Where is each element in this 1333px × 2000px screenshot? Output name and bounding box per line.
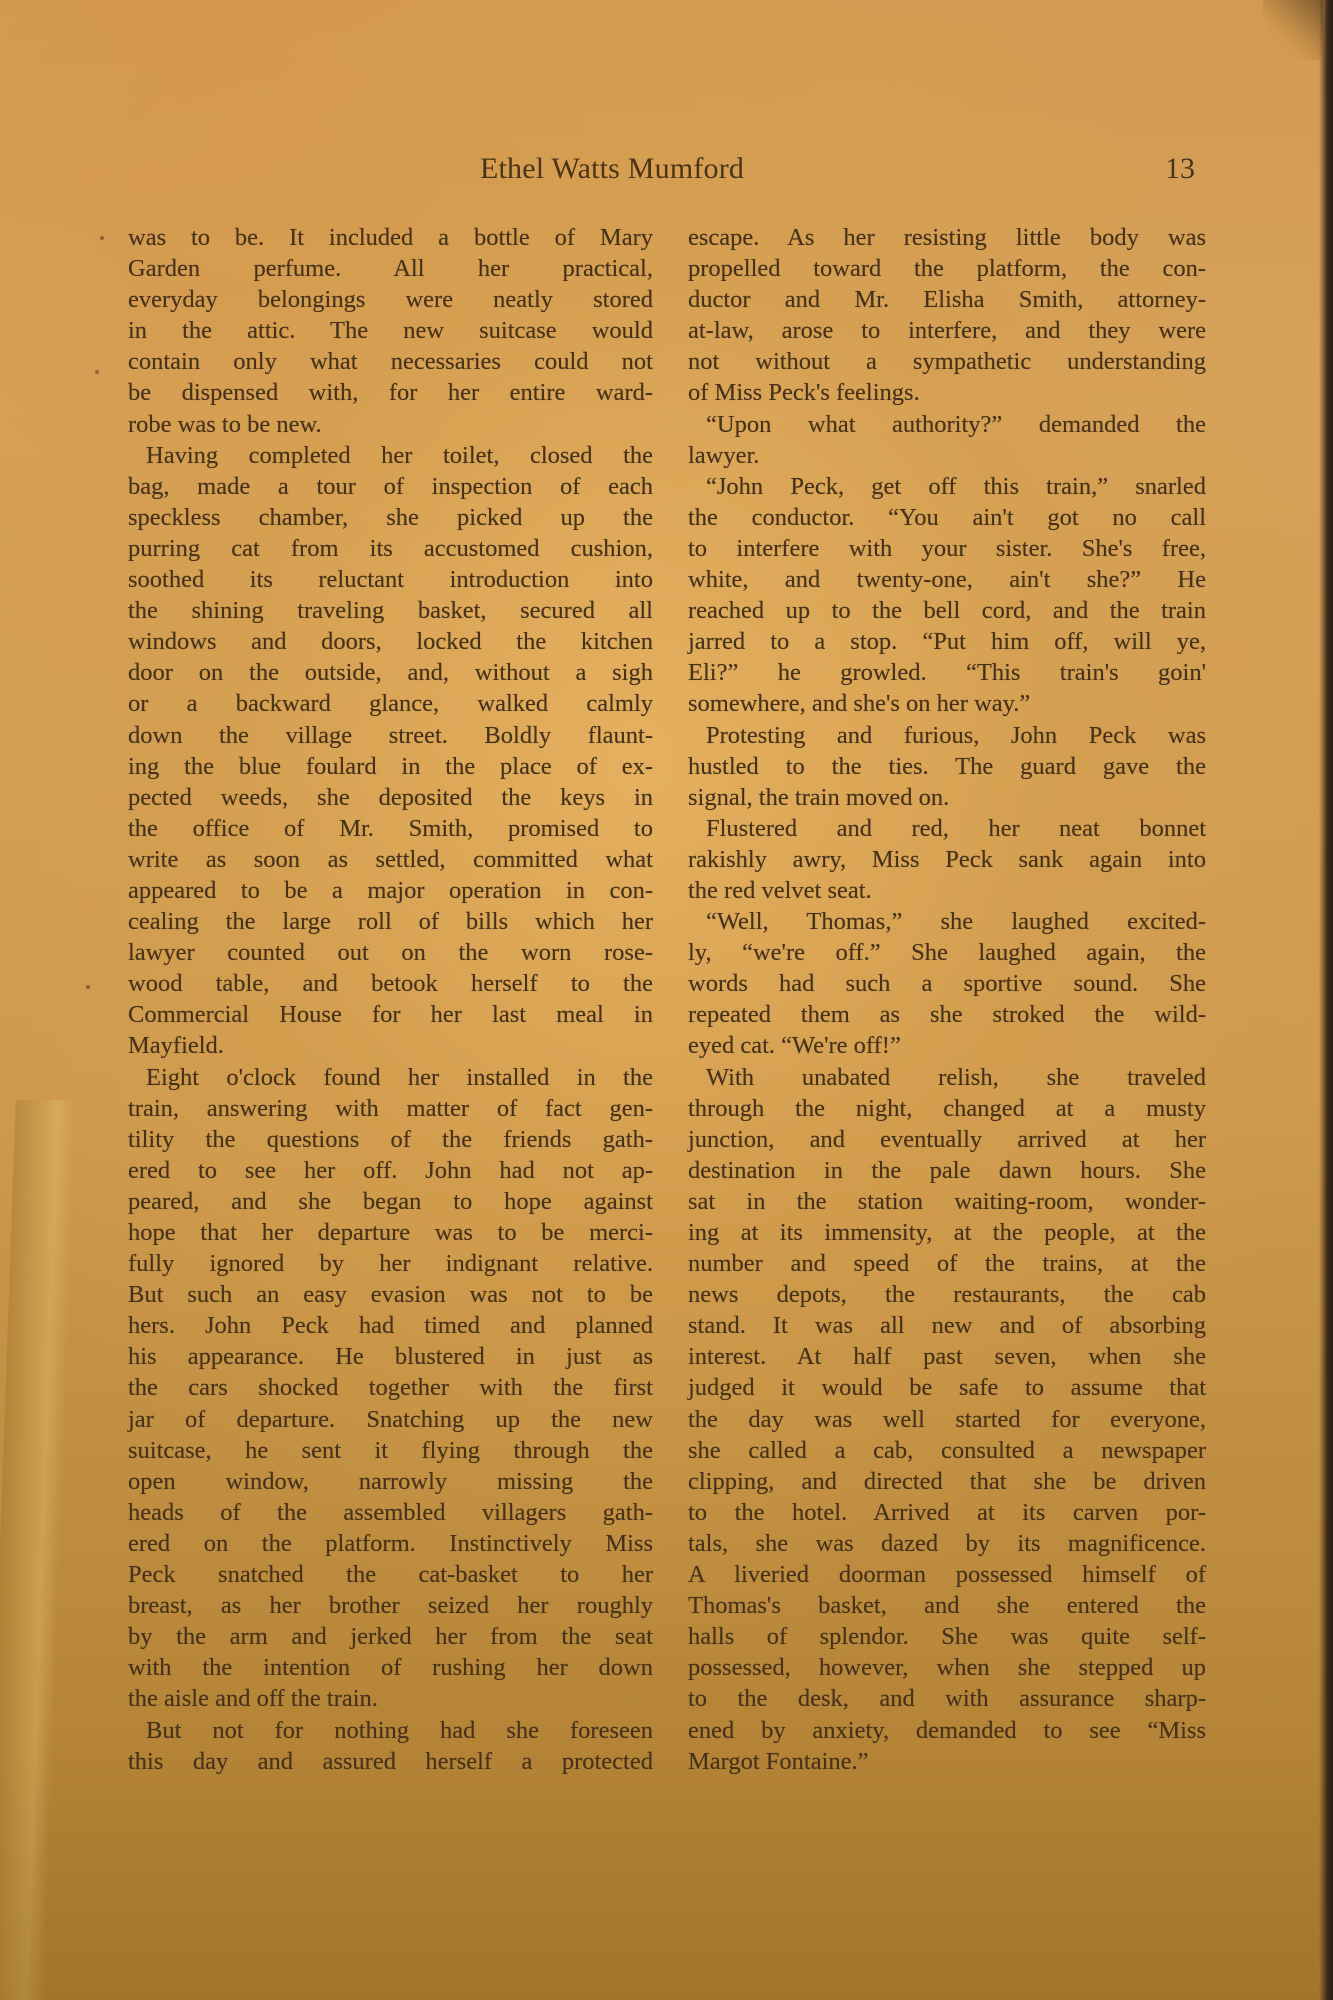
text-line: speckless chamber, she picked up the — [128, 502, 653, 533]
text-line: news depots, the restaurants, the cab — [688, 1279, 1206, 1310]
text-line: by the arm and jerked her from the seat — [128, 1621, 653, 1652]
text-line: windows and doors, locked the kitchen — [128, 626, 653, 657]
text-line: eyed cat. “We're off!” — [688, 1030, 1206, 1061]
text-line: ered to see her off. John had not ap- — [128, 1155, 653, 1186]
text-line: Thomas's basket, and she entered the — [688, 1590, 1206, 1621]
text-line: sat in the station waiting-room, wonder- — [688, 1186, 1206, 1217]
text-line: appeared to be a major operation in con- — [128, 875, 653, 906]
text-line: jar of departure. Snatching up the new — [128, 1404, 653, 1435]
text-line: heads of the assembled villagers gath- — [128, 1497, 653, 1528]
text-line: the day was well started for everyone, — [688, 1404, 1206, 1435]
text-line: “John Peck, get off this train,” snarled — [688, 471, 1206, 502]
text-line: pected weeds, she deposited the keys in — [128, 782, 653, 813]
text-line: white, and twenty-one, ain't she?” He — [688, 564, 1206, 595]
text-line: cealing the large roll of bills which he… — [128, 906, 653, 937]
text-line: possessed, however, when she stepped up — [688, 1652, 1206, 1683]
text-line: interest. At half past seven, when she — [688, 1341, 1206, 1372]
text-line: not without a sympathetic understanding — [688, 346, 1206, 377]
book-spine-edge — [1319, 0, 1333, 2000]
text-line: ing at its immensity, at the people, at … — [688, 1217, 1206, 1248]
text-line: open window, narrowly missing the — [128, 1466, 653, 1497]
text-line: this day and assured herself a protected — [128, 1746, 653, 1777]
text-line: propelled toward the platform, the con- — [688, 253, 1206, 284]
text-column-right: escape. As her resisting little body was… — [688, 222, 1206, 1777]
text-line: his appearance. He blustered in just as — [128, 1341, 653, 1372]
running-head-title: Ethel Watts Mumford — [480, 152, 744, 186]
text-line: number and speed of the trains, at the — [688, 1248, 1206, 1279]
text-line: Margot Fontaine.” — [688, 1746, 1206, 1777]
text-line: repeated them as she stroked the wild- — [688, 999, 1206, 1030]
text-line: she called a cab, consulted a newspaper — [688, 1435, 1206, 1466]
text-line: lawyer. — [688, 440, 1206, 471]
text-line: at-law, arose to interfere, and they wer… — [688, 315, 1206, 346]
page-bottom-shading — [0, 1740, 1333, 2000]
text-line: hustled to the ties. The guard gave the — [688, 751, 1206, 782]
text-line: Flustered and red, her neat bonnet — [688, 813, 1206, 844]
text-line: the red velvet seat. — [688, 875, 1206, 906]
text-line: to the desk, and with assurance sharp- — [688, 1683, 1206, 1714]
text-line: wood table, and betook herself to the — [128, 968, 653, 999]
book-page: Ethel Watts Mumford 13 was to be. It inc… — [0, 0, 1333, 2000]
text-line: Peck snatched the cat-basket to her — [128, 1559, 653, 1590]
paper-speck — [100, 236, 104, 240]
text-line: escape. As her resisting little body was — [688, 222, 1206, 253]
paper-speck — [95, 370, 99, 374]
text-line: ductor and Mr. Elisha Smith, attorney- — [688, 284, 1206, 315]
text-line: to the hotel. Arrived at its carven por- — [688, 1497, 1206, 1528]
paper-speck — [86, 985, 90, 989]
text-line: lawyer counted out on the worn rose- — [128, 937, 653, 968]
text-line: of Miss Peck's feelings. — [688, 377, 1206, 408]
text-line: door on the outside, and, without a sigh — [128, 657, 653, 688]
text-line: destination in the pale dawn hours. She — [688, 1155, 1206, 1186]
text-line: jarred to a stop. “Put him off, will ye, — [688, 626, 1206, 657]
text-line: Garden perfume. All her practical, — [128, 253, 653, 284]
text-line: words had such a sportive sound. She — [688, 968, 1206, 999]
page-number: 13 — [1165, 152, 1195, 186]
text-line: fully ignored by her indignant relative. — [128, 1248, 653, 1279]
text-line: ered on the platform. Instinctively Miss — [128, 1528, 653, 1559]
text-column-left: was to be. It included a bottle of MaryG… — [128, 222, 653, 1777]
text-line: the office of Mr. Smith, promised to — [128, 813, 653, 844]
text-line: contain only what necessaries could not — [128, 346, 653, 377]
text-line: suitcase, he sent it flying through the — [128, 1435, 653, 1466]
text-line: judged it would be safe to assume that — [688, 1372, 1206, 1403]
text-line: train, answering with matter of fact gen… — [128, 1093, 653, 1124]
text-line: with the intention of rushing her down — [128, 1652, 653, 1683]
text-line: With unabated relish, she traveled — [688, 1062, 1206, 1093]
text-line: Commercial House for her last meal in — [128, 999, 653, 1030]
text-line: Protesting and furious, John Peck was — [688, 720, 1206, 751]
text-line: “Upon what authority?” demanded the — [688, 409, 1206, 440]
text-line: to interfere with your sister. She's fre… — [688, 533, 1206, 564]
text-line: breast, as her brother seized her roughl… — [128, 1590, 653, 1621]
text-line: through the night, changed at a musty — [688, 1093, 1206, 1124]
text-line: everyday belongings were neatly stored — [128, 284, 653, 315]
running-header: Ethel Watts Mumford 13 — [0, 152, 1333, 192]
text-line: write as soon as settled, committed what — [128, 844, 653, 875]
text-line: Mayfield. — [128, 1030, 653, 1061]
text-line: hers. John Peck had timed and planned — [128, 1310, 653, 1341]
text-line: the aisle and off the train. — [128, 1683, 653, 1714]
text-line: soothed its reluctant introduction into — [128, 564, 653, 595]
text-line: hope that her departure was to be merci- — [128, 1217, 653, 1248]
text-line: “Well, Thomas,” she laughed excited- — [688, 906, 1206, 937]
text-line: reached up to the bell cord, and the tra… — [688, 595, 1206, 626]
text-line: tals, she was dazed by its magnificence. — [688, 1528, 1206, 1559]
text-line: But not for nothing had she foreseen — [128, 1715, 653, 1746]
text-line: Eli?” he growled. “This train's goin' — [688, 657, 1206, 688]
text-line: stand. It was all new and of absorbing — [688, 1310, 1206, 1341]
text-line: down the village street. Boldly flaunt- — [128, 720, 653, 751]
text-line: halls of splendor. She was quite self- — [688, 1621, 1206, 1652]
text-line: was to be. It included a bottle of Mary — [128, 222, 653, 253]
text-line: A liveried doorman possessed himself of — [688, 1559, 1206, 1590]
text-line: ing the blue foulard in the place of ex- — [128, 751, 653, 782]
text-line: Having completed her toilet, closed the — [128, 440, 653, 471]
text-line: somewhere, and she's on her way.” — [688, 688, 1206, 719]
text-line: in the attic. The new suitcase would — [128, 315, 653, 346]
text-line: the shining traveling basket, secured al… — [128, 595, 653, 626]
text-line: ened by anxiety, demanded to see “Miss — [688, 1715, 1206, 1746]
text-line: junction, and eventually arrived at her — [688, 1124, 1206, 1155]
text-line: ly, “we're off.” She laughed again, the — [688, 937, 1206, 968]
text-line: or a backward glance, walked calmly — [128, 688, 653, 719]
text-line: clipping, and directed that she be drive… — [688, 1466, 1206, 1497]
text-line: robe was to be new. — [128, 409, 653, 440]
text-line: be dispensed with, for her entire ward- — [128, 377, 653, 408]
dog-ear-corner — [1263, 0, 1323, 60]
text-line: bag, made a tour of inspection of each — [128, 471, 653, 502]
text-line: the conductor. “You ain't got no call — [688, 502, 1206, 533]
text-line: the cars shocked together with the first — [128, 1372, 653, 1403]
text-line: But such an easy evasion was not to be — [128, 1279, 653, 1310]
text-line: signal, the train moved on. — [688, 782, 1206, 813]
text-line: Eight o'clock found her installed in the — [128, 1062, 653, 1093]
text-line: purring cat from its accustomed cushion, — [128, 533, 653, 564]
text-line: peared, and she began to hope against — [128, 1186, 653, 1217]
text-line: tility the questions of the friends gath… — [128, 1124, 653, 1155]
text-line: rakishly awry, Miss Peck sank again into — [688, 844, 1206, 875]
